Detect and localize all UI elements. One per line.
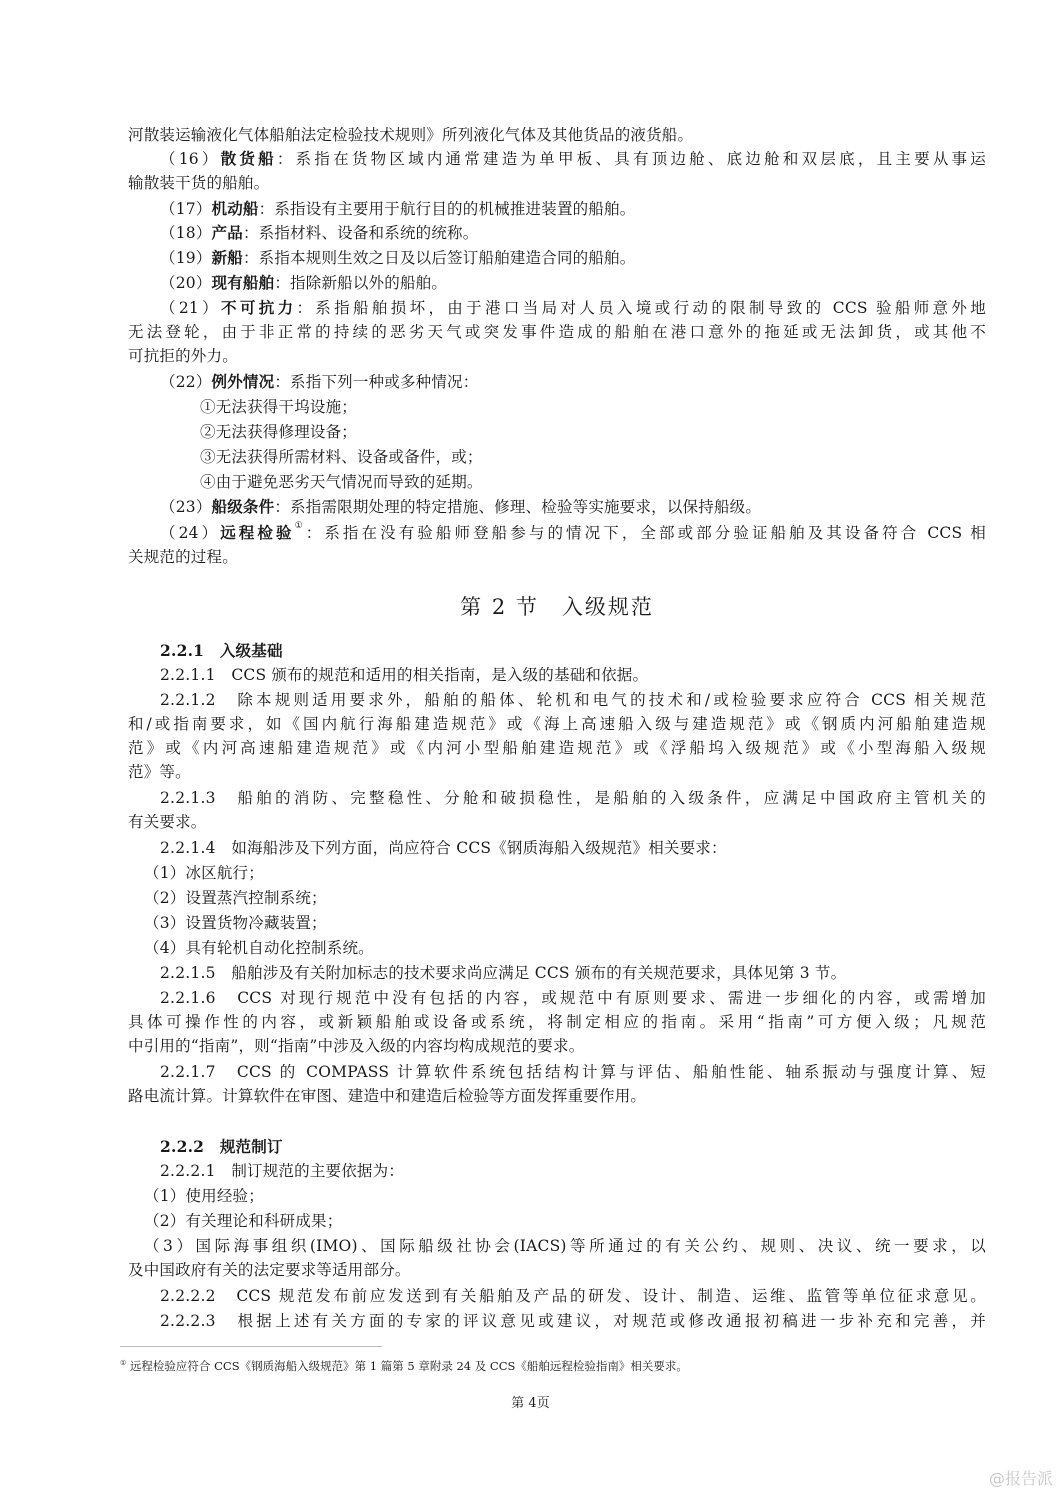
term: 现有船舶 [212, 273, 275, 292]
text-line: 和/或指南要求，如《国内航行海船建造规范》或《海上高速船入级与建造规范》或《钢质… [128, 712, 986, 736]
term: 新船 [212, 248, 243, 267]
subsection-heading-2-2-2: 2.2.2 规范制订 [128, 1135, 986, 1159]
term: 例外情况 [212, 372, 275, 391]
clause-2-2-1-7: 2.2.1.7 CCS 的 COMPASS 计算软件系统包括结构计算与评估、船舶… [128, 1060, 986, 1084]
term: 散货船 [221, 149, 277, 168]
clause-2-2-2-1: 2.2.2.1 制订规范的主要依据为： [128, 1159, 986, 1183]
list-item: ④由于避免恶劣天气情况而导致的延期。 [128, 470, 986, 494]
list-item: （2）设置蒸汽控制系统； [128, 886, 1002, 910]
clause-2-2-1-3: 2.2.1.3 船舶的消防、完整稳性、分舱和破损稳性，是船舶的入级条件，应满足中… [128, 786, 986, 810]
text-line: 及中国政府有关的法定要求等适用部分。 [128, 1258, 986, 1282]
definition-24: （24）远程检验①：系指在没有验船师登船参与的情况下，全部或部分验证船舶及其设备… [128, 521, 986, 545]
clause-2-2-2-3: 2.2.2.3 根据上述有关方面的专家的评议意见或建议，对规范或修改通报初稿进一… [128, 1309, 986, 1333]
footnote-ref[interactable]: ① [295, 521, 306, 531]
term: 机动船 [212, 199, 259, 218]
text-line: 有关要求。 [128, 810, 986, 834]
term: 远程检验 [220, 523, 294, 542]
text-line: 中引用的“指南”，则“指南”中涉及入级的内容均构成规范的要求。 [128, 1034, 986, 1058]
list-item: ①无法获得干坞设施； [128, 395, 986, 419]
footnote: ① 远程检验应符合 CCS《钢质海船入级规范》第 1 篇第 5 章附录 24 及… [120, 1358, 688, 1374]
clause-2-2-1-1: 2.2.1.1 CCS 颁布的规范和适用的相关指南，是入级的基础和依据。 [128, 663, 986, 687]
definition-18: （18）产品：系指材料、设备和系统的统称。 [128, 221, 986, 245]
page-number: 第 4页 [0, 1392, 1061, 1411]
section-title: 第 2 节 入级规范 [128, 591, 986, 621]
definition-22: （22）例外情况：系指下列一种或多种情况： [128, 370, 986, 394]
definition-19: （19）新船：系指本规则生效之日及以后签订船舶建造合同的船舶。 [128, 246, 986, 270]
clause-2-2-2-2: 2.2.2.2 CCS 规范发布前应发送到有关船舶及产品的研发、设计、制造、运维… [128, 1284, 986, 1308]
definition-16: （16）散货船：系指在货物区域内通常建造为单甲板、具有顶边舱、底边舱和双层底，且… [128, 147, 986, 171]
clause-2-2-1-6: 2.2.1.6 CCS 对现行规范中没有包括的内容，或规范中有原则要求、需进一步… [128, 986, 986, 1010]
clause-2-2-1-2: 2.2.1.2 除本规则适用要求外，船舶的船体、轮机和电气的技术和/或检验要求应… [128, 688, 986, 712]
text-line: 关规范的过程。 [128, 545, 986, 569]
list-item: （1）冰区航行； [128, 861, 1002, 885]
definition-21: （21）不可抗力：系指船舶损坏，由于港口当局对人员入境或行动的限制导致的 CCS… [128, 296, 986, 320]
footnote-divider [120, 1346, 382, 1347]
list-item: （3）国际海事组织(IMO)、国际船级社协会(IACS)等所通过的有关公约、规则… [128, 1234, 986, 1258]
list-item: （4）具有轮机自动化控制系统。 [128, 936, 1002, 960]
list-item: ②无法获得修理设备； [128, 420, 986, 444]
text-line: 具体可操作性的内容，或新颖船舶或设备或系统，将制定相应的指南。采用“指南”可方便… [128, 1010, 986, 1034]
text-line: 无法登轮，由于非正常的持续的恶劣天气或突发事件造成的船舶在港口意外的拖延或无法卸… [128, 320, 986, 344]
text-line: 范》或《内河高速船建造规范》或《内河小型船舶建造规范》或《浮船坞入级规范》或《小… [128, 736, 986, 760]
definition-17: （17）机动船：系指设有主要用于航行目的的机械推进装置的船舶。 [128, 197, 986, 221]
subsection-heading-2-2-1: 2.2.1 入级基础 [128, 639, 986, 663]
text-line: 河散装运输液化气体船舶法定检验技术规则》所列液化气体及其他货品的液货船。 [128, 123, 986, 147]
text-line: 路电流计算。计算软件在审图、建造中和建造后检验等方面发挥重要作用。 [128, 1084, 986, 1108]
definition-20: （20）现有船舶：指除新船以外的船舶。 [128, 271, 986, 295]
clause-2-2-1-5: 2.2.1.5 船舶涉及有关附加标志的技术要求尚应满足 CCS 颁布的有关规范要… [128, 961, 986, 985]
watermark: @报告派 [989, 1466, 1053, 1489]
text-line: 可抗拒的外力。 [128, 344, 986, 368]
term: 船级条件 [212, 497, 275, 516]
list-item: （1）使用经验； [128, 1184, 1002, 1208]
list-item: （3）设置货物冷藏装置； [128, 911, 1002, 935]
definition-23: （23）船级条件：系指需限期处理的特定措施、修理、检验等实施要求，以保持船级。 [128, 495, 986, 519]
term: 不可抗力 [221, 298, 296, 317]
text-line: 输散装干货的船舶。 [128, 171, 986, 195]
list-item: ③无法获得所需材料、设备或备件，或； [128, 445, 986, 469]
text-line: 范》等。 [128, 760, 986, 784]
list-item: （2）有关理论和科研成果； [128, 1209, 1002, 1233]
clause-2-2-1-4: 2.2.1.4 如海船涉及下列方面，尚应符合 CCS《钢质海船入级规范》相关要求… [128, 836, 986, 860]
term: 产品 [212, 223, 243, 242]
